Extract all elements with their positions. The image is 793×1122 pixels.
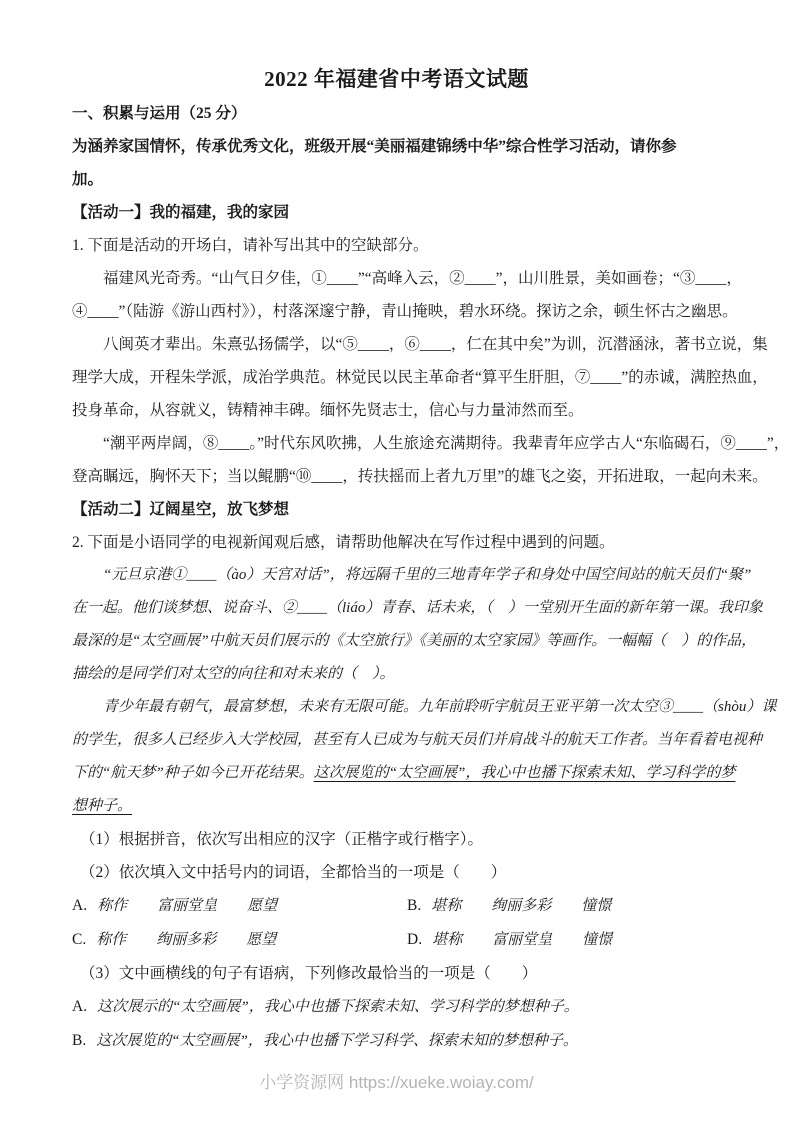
exam-page: 2022 年福建省中考语文试题 一、积累与运用（25 分） 为涵养家国情怀，传承…: [0, 0, 793, 1122]
page-title: 2022 年福建省中考语文试题: [0, 63, 793, 93]
q2-passage-line: 的学生，很多人已经步入大学校园，甚至有人已成为与航天员们并肩战斗的航天工作者。当…: [72, 724, 722, 757]
text-segment: 下的“航天梦”种子如今已开花结果。: [72, 765, 314, 781]
intro-line: 加。: [72, 163, 722, 196]
option-b: B.堪称 绚丽多彩 憧憬: [407, 889, 611, 923]
q2-passage-line-with-underline: 下的“航天梦”种子如今已开花结果。这次展览的“太空画展”，我心中也播下探索未知、…: [72, 757, 722, 790]
options-row: A.称作 富丽堂皇 愿望 B.堪称 绚丽多彩 憧憬: [72, 889, 722, 923]
document-body: 一、积累与运用（25 分） 为涵养家国情怀，传承优秀文化，班级开展“美丽福建锦绣…: [72, 97, 722, 1058]
q1-text-line: 福建风光奇秀。“山气日夕佳，①____”“高峰入云，②____”，山川胜景，美如…: [72, 262, 722, 295]
option-d: D.堪称 富丽堂皇 憧憬: [407, 923, 612, 957]
q2-passage-line: 最深的是“太空画展”中航天员们展示的《太空旅行》《美丽的太空家园》等画作。一幅幅…: [72, 625, 722, 658]
option-a: A.这次展示的“太空画展”，我心中也播下探索未知、学习科学的梦想种子。: [72, 990, 722, 1024]
activity2-heading: 【活动二】辽阔星空，放飞梦想: [72, 493, 722, 526]
option-key: D.: [407, 931, 422, 948]
option-text: 堪称 绚丽多彩 憧憬: [431, 898, 611, 914]
q1-text-line: “潮平两岸阔，⑧____。”时代东风吹拂，人生旅途充满期待。我辈青年应学古人“东…: [72, 427, 722, 460]
option-text: 堪称 富丽堂皇 憧憬: [432, 932, 612, 948]
question1-stem: 1. 下面是活动的开场白，请补写出其中的空缺部分。: [72, 229, 722, 262]
q1-text-line: 登高瞩远，胸怀天下；当以鲲鹏“⑩____，抟扶摇而上者九万里”的雄飞之姿，开拓进…: [72, 460, 722, 493]
q2-passage-line-with-underline: 想种子。: [72, 790, 722, 823]
q2-passage-line: “元旦京港①____（ào）天宫对话”，将远隔千里的三地青年学子和身处中国空间站…: [72, 559, 722, 592]
q1-text-line: 理学大成，开程朱学派，成治学典范。林觉民以民主革命者“算平生肝胆，⑦____”的…: [72, 361, 722, 394]
option-b: B.这次展览的“太空画展”，我心中也播下学习科学、探索未知的梦想种子。: [72, 1024, 722, 1058]
q1-text-line: 八闽英才辈出。朱熹弘扬儒学，以“⑤____，⑥____，仁在其中矣”为训，沉潜涵…: [72, 328, 722, 361]
q2-passage-line: 青少年最有朝气，最富梦想，未来有无限可能。九年前聆听宇航员王亚平第一次太空③__…: [72, 691, 722, 724]
option-c: C.称作 绚丽多彩 愿望: [72, 923, 407, 957]
q2-subquestion-3: （3）文中画横线的句子有语病，下列修改最恰当的一项是（ ）: [72, 957, 722, 990]
option-key: B.: [72, 1032, 86, 1049]
underlined-segment: 想种子。: [72, 798, 132, 814]
activity1-heading: 【活动一】我的福建，我的家园: [72, 196, 722, 229]
intro-line: 为涵养家国情怀，传承优秀文化，班级开展“美丽福建锦绣中华”综合性学习活动，请你参: [72, 130, 722, 163]
options-row: C.称作 绚丽多彩 愿望 D.堪称 富丽堂皇 憧憬: [72, 923, 722, 957]
q2-passage-line: 描绘的是同学们对太空的向往和对未来的（ ）。: [72, 658, 722, 691]
option-text: 称作 绚丽多彩 愿望: [96, 932, 276, 948]
underlined-segment: 这次展览的“太空画展”，我心中也播下探索未知、学习科学的梦: [314, 765, 736, 781]
section-heading: 一、积累与运用（25 分）: [72, 97, 722, 130]
option-key: A.: [72, 998, 87, 1015]
option-text: 称作 富丽堂皇 愿望: [97, 898, 277, 914]
option-key: A.: [72, 897, 87, 914]
q2-subquestion-2: （2）依次填入文中括号内的词语，全都恰当的一项是（ ）: [72, 856, 722, 889]
q2-passage-line: 在一起。他们谈梦想、说奋斗、②____（liáo）青春、话未来，（ ）一堂别开生…: [72, 592, 722, 625]
option-key: C.: [72, 931, 86, 948]
q1-text-line: ④____”（陆游《游山西村》），村落深邃宁静，青山掩映，碧水环绕。探访之余，顿…: [72, 295, 722, 328]
option-a: A.称作 富丽堂皇 愿望: [72, 889, 407, 923]
option-text: 这次展示的“太空画展”，我心中也播下探索未知、学习科学的梦想种子。: [97, 999, 579, 1015]
question2-stem: 2. 下面是小语同学的电视新闻观后感，请帮助他解决在写作过程中遇到的问题。: [72, 526, 722, 559]
option-text: 这次展览的“太空画展”，我心中也播下学习科学、探索未知的梦想种子。: [96, 1033, 578, 1049]
option-key: B.: [407, 897, 421, 914]
q2-subquestion-1: （1）根据拼音，依次写出相应的汉字（正楷字或行楷字）。: [72, 823, 722, 856]
q1-text-line: 投身革命，从容就义，铸精神丰碑。缅怀先贤志士，信心与力量沛然而至。: [72, 394, 722, 427]
watermark: 小学资源网 https://xueke.woiay.com/: [0, 1068, 793, 1098]
